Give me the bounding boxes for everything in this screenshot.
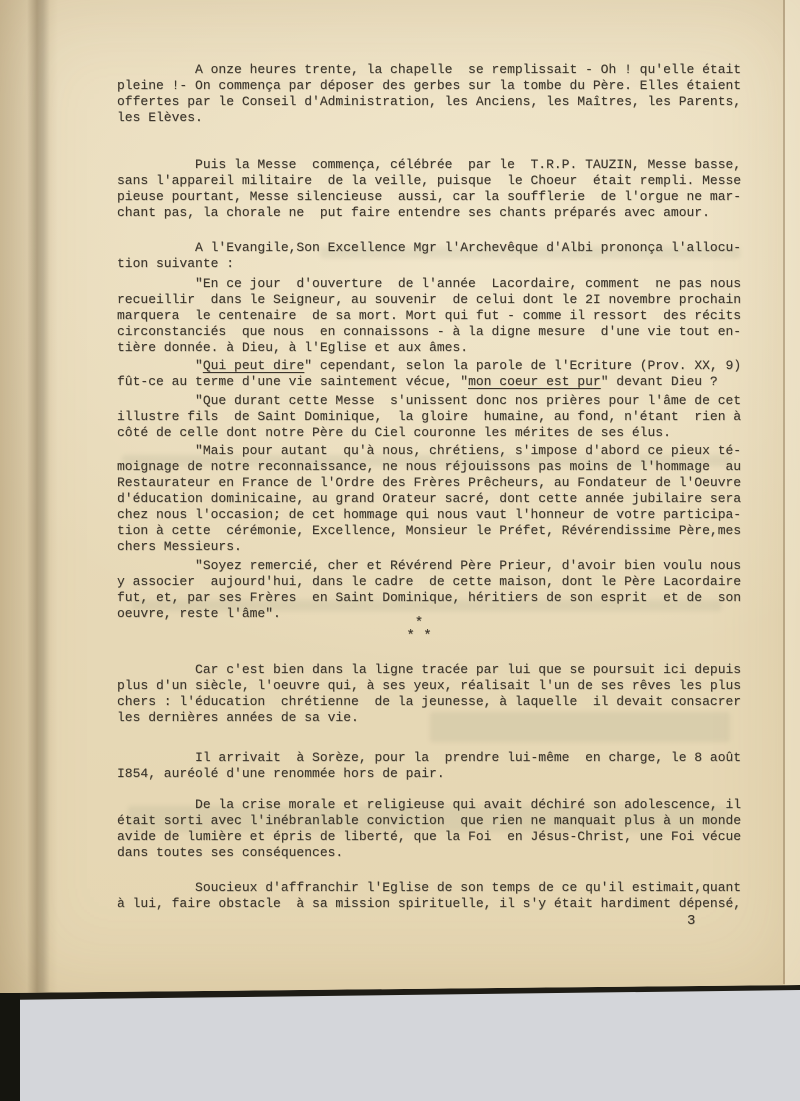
paragraph: Car c'est bien dans la ligne tracée par … [117,662,767,726]
text-line: "Soyez remercié, cher et Révérend Père P… [117,558,767,574]
paragraph: "Soyez remercié, cher et Révérend Père P… [117,558,767,622]
text-line: sans l'appareil militaire de la veille, … [117,173,767,189]
text-line: illustre fils de Saint Dominique, la glo… [117,409,767,425]
text-line: chers : l'éducation chrétienne de la jeu… [117,694,767,710]
text-line: pieuse pourtant, Messe silencieuse aussi… [117,189,767,205]
text-line: dans toutes ses conséquences. [117,845,767,861]
text-line: Soucieux d'affranchir l'Eglise de son te… [117,880,767,896]
page-fold-crease [0,0,58,996]
typewritten-text: A onze heures trente, la chapelle se rem… [117,62,767,912]
paragraph: "Que durant cette Messe s'unissent donc … [117,393,767,441]
page-number: 3 [687,913,695,929]
text-line: chers Messieurs. [117,539,767,555]
text-line: fut, et, par ses Frères en Saint Dominiq… [117,590,767,606]
text-line: à lui, faire obstacle à sa mission spiri… [117,896,767,912]
text-line: "Que durant cette Messe s'unissent donc … [117,393,767,409]
text-line: Puis la Messe commença, célébrée par le … [117,157,767,173]
paragraph: "En ce jour d'ouverture de l'année Lacor… [117,276,767,356]
text-line: était sorti avec l'inébranlable convicti… [117,813,767,829]
paragraph: "Mais pour autant qu'à nous, chrétiens, … [117,443,767,555]
text-line: plus d'un siècle, l'oeuvre qui, à ses ye… [117,678,767,694]
text-line: y associer aujourd'hui, dans le cadre de… [117,574,767,590]
text-line: côté de celle dont notre Père du Ciel co… [117,425,767,441]
text-line: "En ce jour d'ouverture de l'année Lacor… [117,276,767,292]
asterisk-separator: * * * [393,617,445,643]
text-line: "Qui peut dire" cependant, selon la paro… [117,358,767,374]
text-line: I854, auréolé d'une renommée hors de pai… [117,766,767,782]
underlying-page-edge [785,0,800,986]
text-line: fût-ce au terme d'une vie saintement véc… [117,374,767,390]
text-line: Car c'est bien dans la ligne tracée par … [117,662,767,678]
underlined-phrase: Qui peut dire [203,358,304,373]
text-line: recueillir dans le Seigneur, au souvenir… [117,292,767,308]
text-line: A l'Evangile,Son Excellence Mgr l'Archev… [117,240,767,256]
paragraph: Il arrivait à Sorèze, pour la prendre lu… [117,750,767,782]
text-line: pleine !- On commença par déposer des ge… [117,78,767,94]
paragraph: De la crise morale et religieuse qui ava… [117,797,767,861]
document-page: A onze heures trente, la chapelle se rem… [0,0,800,996]
paragraph: Puis la Messe commença, célébrée par le … [117,157,767,221]
text-line: chez nous l'occasion; de cet hommage qui… [117,507,767,523]
paragraph: "Qui peut dire" cependant, selon la paro… [117,358,767,390]
text-line: offertes par le Conseil d'Administration… [117,94,767,110]
text-line: "Mais pour autant qu'à nous, chrétiens, … [117,443,767,459]
text-line: les dernières années de sa vie. [117,710,767,726]
text-line: Il arrivait à Sorèze, pour la prendre lu… [117,750,767,766]
text-line: tière donnée. à Dieu, à l'Eglise et aux … [117,340,767,356]
paragraph: Soucieux d'affranchir l'Eglise de son te… [117,880,767,912]
text-line: d'éducation dominicaine, au grand Orateu… [117,491,767,507]
text-line: tion à cette cérémonie, Excellence, Mons… [117,523,767,539]
text-line: A onze heures trente, la chapelle se rem… [117,62,767,78]
paragraph: A onze heures trente, la chapelle se rem… [117,62,767,126]
text-line: marquera le centenaire de sa mort. Mort … [117,308,767,324]
text-line: avide de lumière et épris de liberté, qu… [117,829,767,845]
text-line: moignage de notre reconnaissance, ne nou… [117,459,767,475]
page-right-edge-line [783,0,785,984]
text-line: Restaurateur en France de l'Ordre des Fr… [117,475,767,491]
underlined-phrase: mon coeur est pur [468,374,601,389]
paragraph: A l'Evangile,Son Excellence Mgr l'Archev… [117,240,767,272]
text-line: De la crise morale et religieuse qui ava… [117,797,767,813]
scan-dark-corner [0,980,20,1101]
text-line: les Elèves. [117,110,767,126]
text-line: chant pas, la chorale ne put faire enten… [117,205,767,221]
text-line: tion suivante : [117,256,767,272]
text-line: circonstanciés que nous en connaissons -… [117,324,767,340]
asterisk-row-bottom: * * [393,630,445,643]
scanned-book-page: { "colors": { "paper": "#e9dcbd", "ink":… [0,0,800,1101]
